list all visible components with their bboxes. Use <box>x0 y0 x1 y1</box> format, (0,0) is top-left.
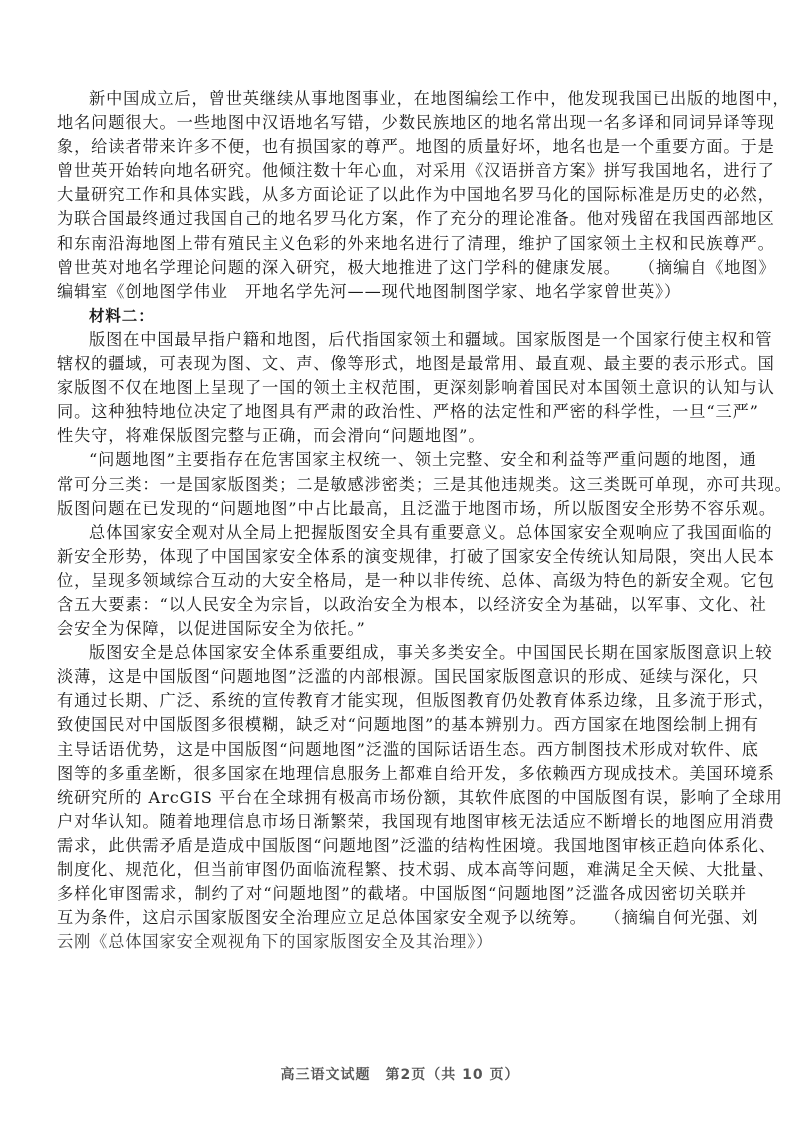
text-line: 互为条件，这启示国家版图安全治理应立足总体国家安全观予以统筹。 （摘编自何光强、… <box>57 906 747 930</box>
text-line: 会安全为保障，以促进国际安全为依托。” <box>57 617 747 641</box>
text-line: 主导话语优势，这是中国版图“问题地图”泛滥的国际话语生态。西方制图技术形成对软件… <box>57 738 747 762</box>
text-line: 为联合国最终通过我国自己的地名罗马化方案，作了充分的理论准备。他对残留在我国西部… <box>57 207 747 231</box>
text-line: 需求，此供需矛盾是造成中国版图“问题地图”泛滥的结构性困境。我国地图审核正趋向体… <box>57 834 747 858</box>
text-line: 性失守，将难保版图完整与正确，而会滑向“问题地图”。 <box>57 424 747 448</box>
text-line: 和东南沿海地图上带有殖民主义色彩的外来地名进行了清理，维护了国家领土主权和民族尊… <box>57 232 747 256</box>
text-line: 多样化审图需求，制约了对“问题地图”的截堵。中国版图“问题地图”泛滥各成因密切关… <box>57 882 747 906</box>
text-line: 图等的多重垄断，很多国家在地理信息服务上都难自给开发，多依赖西方现成技术。美国环… <box>57 762 747 786</box>
document-body: 新中国成立后，曾世英继续从事地图事业，在地图编绘工作中，他发现我国已出版的地图中… <box>57 87 747 954</box>
text-line: 新中国成立后，曾世英继续从事地图事业，在地图编绘工作中，他发现我国已出版的地图中… <box>57 87 747 111</box>
text-line: “问题地图”主要指存在危害国家主权统一、领土完整、安全和利益等严重问题的地图，通 <box>57 448 747 472</box>
text-line: 曾世英开始转向地名研究。他倾注数十年心血，对采用《汉语拼音方案》拼写我国地名，进… <box>57 159 747 183</box>
text-line: 版图问题在已发现的“问题地图”中占比最高，且泛滥于地图市场，所以版图安全形势不容… <box>57 497 747 521</box>
text-line: 曾世英对地名学理论问题的深入研究，极大地推进了这门学科的健康发展。 （摘编自《地… <box>57 256 747 280</box>
text-line: 地名问题很大。一些地图中汉语地名写错，少数民族地区的地名常出现一名多译和同词异译… <box>57 111 747 135</box>
text-line: 象，给读者带来许多不便，也有损国家的尊严。地图的质量好坏，地名也是一个重要方面。… <box>57 135 747 159</box>
text-line: 大量研究工作和具体实践，从多方面论证了以此作为中国地名罗马化的国际标准是历史的必… <box>57 183 747 207</box>
section-heading: 材料二： <box>57 304 747 328</box>
text-line: 致使国民对中国版图多很模糊，缺乏对“问题地图”的基本辨别力。西方国家在地图绘制上… <box>57 713 747 737</box>
text-line: 云刚《总体国家安全观视角下的国家版图安全及其治理》） <box>57 930 747 954</box>
text-line: 位，呈现多领域综合互动的大安全格局，是一种以非传统、总体、高级为特色的新安全观。… <box>57 569 747 593</box>
text-line: 淡薄，这是中国版图“问题地图”泛滥的内部根源。国民国家版图意识的形成、延续与深化… <box>57 665 747 689</box>
text-line: 版图在中国最早指户籍和地图，后代指国家领土和疆域。国家版图是一个国家行使主权和管 <box>57 328 747 352</box>
text-line: 家版图不仅在地图上呈现了一国的领土主权范围，更深刻影响着国民对本国领土意识的认知… <box>57 376 747 400</box>
text-line: 统研究所的 ArcGIS 平台在全球拥有极高市场份额，其软件底图的中国版图有误，… <box>57 786 747 810</box>
text-line: 编辑室《创地图学伟业 开地名学先河——现代地图制图学家、地名学家曾世英》） <box>57 280 747 304</box>
text-line: 同。这种独特地位决定了地图具有严肃的政治性、严格的法定性和严密的科学性，一旦“三… <box>57 400 747 424</box>
text-line: 总体国家安全观对从全局上把握版图安全具有重要意义。总体国家安全观响应了我国面临的 <box>57 521 747 545</box>
page-footer: 高三语文试题 第2页（共 10 页） <box>0 1064 800 1084</box>
text-line: 制度化、规范化，但当前审图仍面临流程繁、技术弱、成本高等问题，难满足全天候、大批… <box>57 858 747 882</box>
text-line: 常可分三类：一是国家版图类；二是敏感涉密类；三是其他违规类。这三类既可单现，亦可… <box>57 473 747 497</box>
text-line: 含五大要素：“以人民安全为宗旨，以政治安全为根本，以经济安全为基础，以军事、文化… <box>57 593 747 617</box>
text-line: 有通过长期、广泛、系统的宣传教育才能实现，但版图教育仍处教育体系边缘，且多流于形… <box>57 689 747 713</box>
text-line: 户对华认知。随着地理信息市场日渐繁荣，我国现有地图审核无法适应不断增长的地图应用… <box>57 810 747 834</box>
text-line: 新安全形势，体现了中国国家安全体系的演变规律，打破了国家安全传统认知局限，突出人… <box>57 545 747 569</box>
text-line: 版图安全是总体国家安全体系重要组成，事关多类安全。中国国民长期在国家版图意识上较 <box>57 641 747 665</box>
text-line: 辖权的疆域，可表现为图、文、声、像等形式，地图是最常用、最直观、最主要的表示形式… <box>57 352 747 376</box>
